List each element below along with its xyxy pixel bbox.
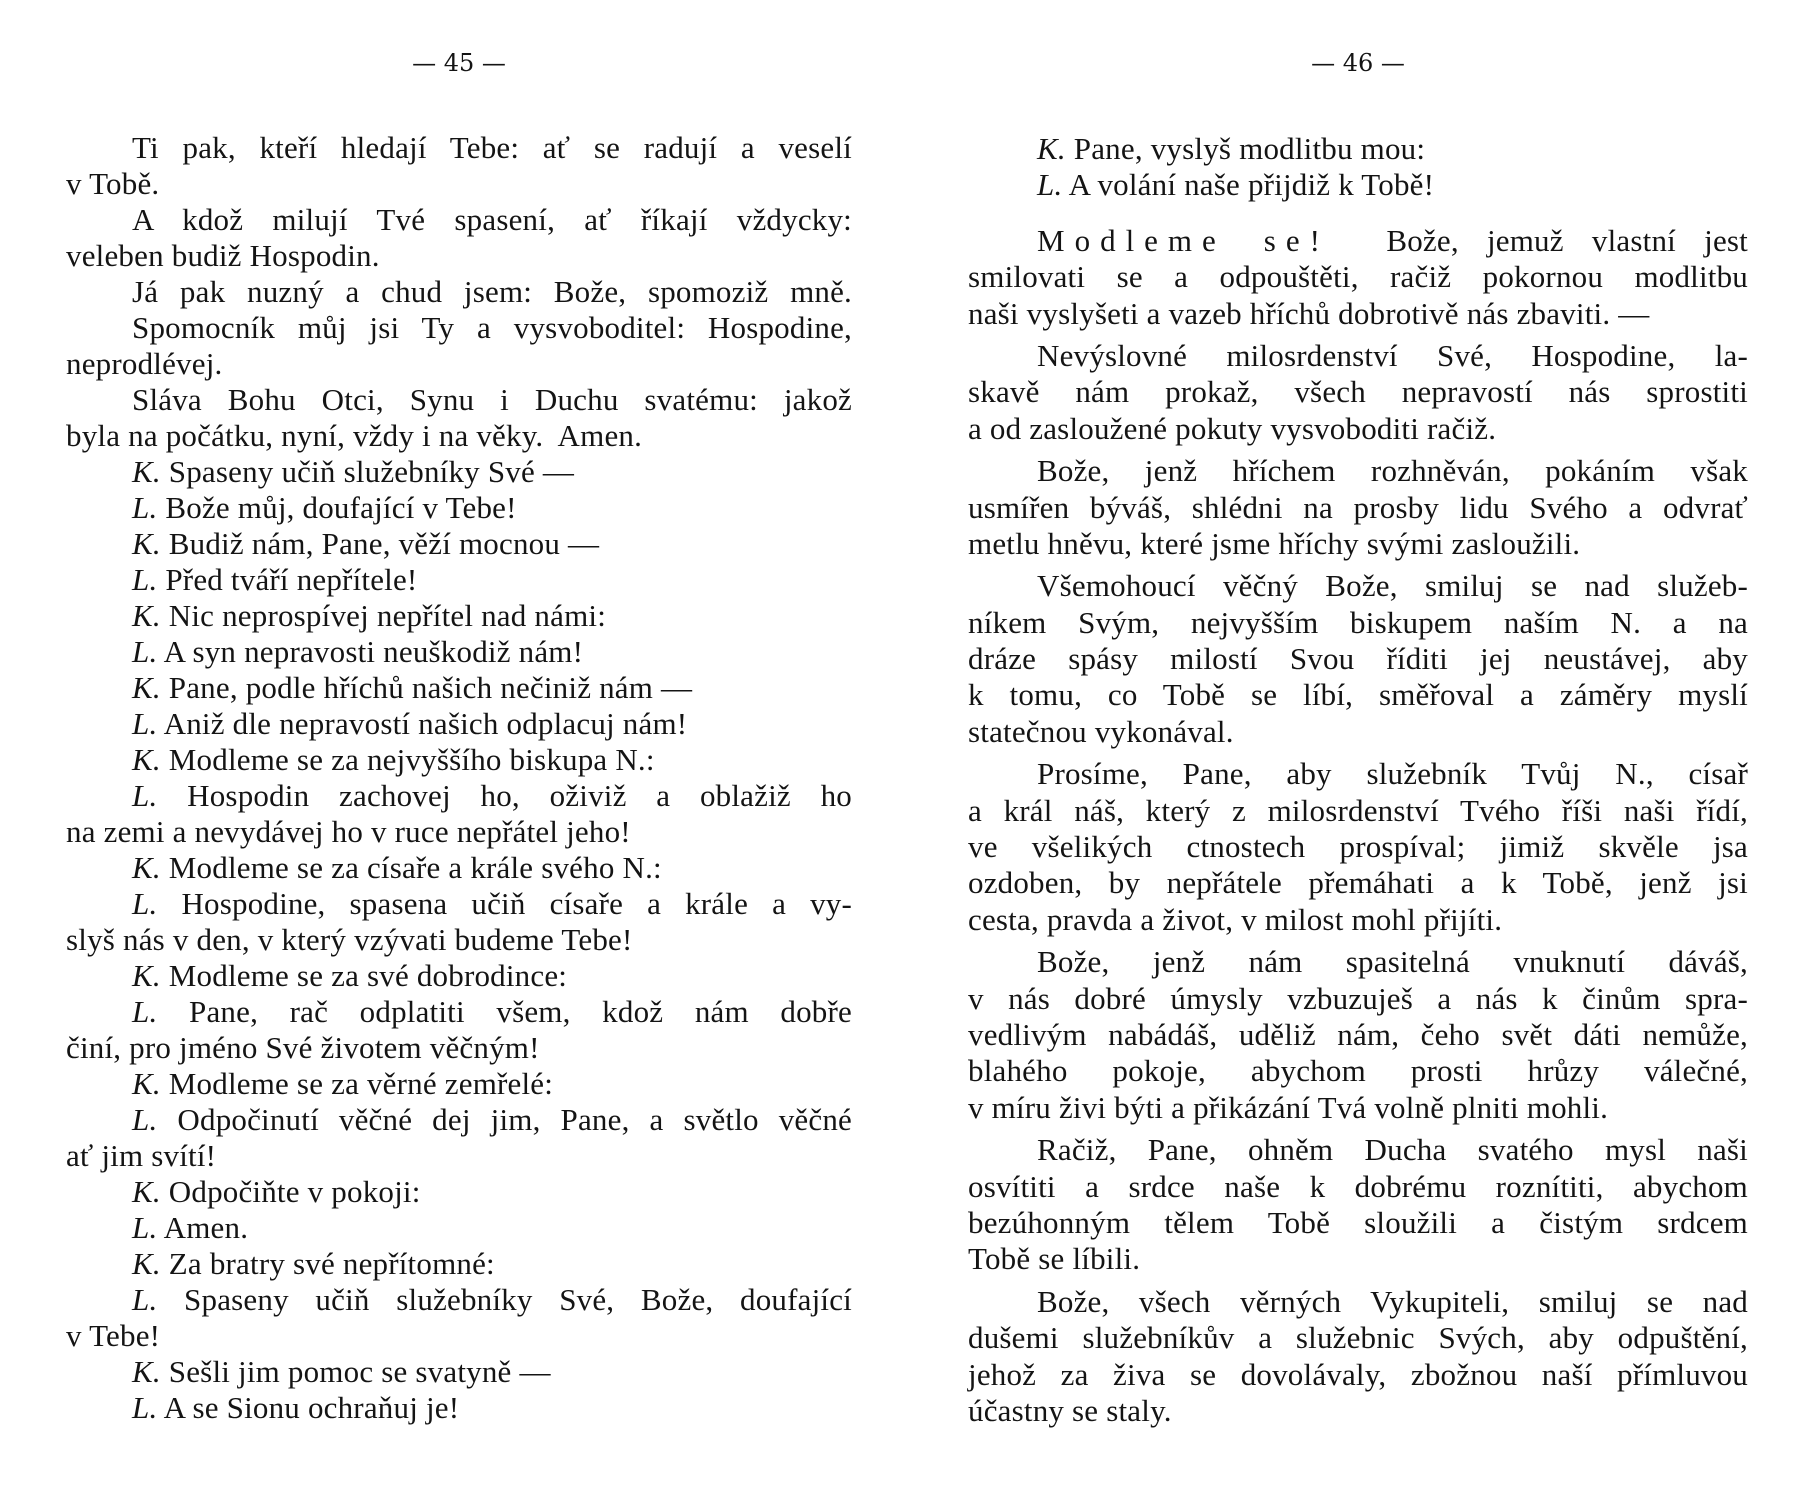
versicle-line: K. Modleme se za nejvyššího biskupa N.: (66, 742, 852, 778)
versicle-line: K. Odpočiňte v pokoji: (66, 1174, 852, 1210)
text-line: skavě nám prokaž, všech nepravostí nás s… (968, 374, 1748, 410)
line-text: naši vyslyšeti a vazeb hříchů dobrotivě … (968, 296, 1649, 331)
text-line: v Tebe! (66, 1318, 852, 1354)
text-line: naši vyslyšeti a vazeb hříchů dobrotivě … (968, 296, 1748, 332)
text-line: slyš nás v den, v který vzývati budeme T… (66, 922, 852, 958)
line-text: Odpočiňte v pokoji: (161, 1174, 421, 1209)
response-line: L. Pane, rač odplatiti všem, kdož nám do… (66, 994, 852, 1030)
response-line: L. Bože můj, doufající v Tebe! (66, 490, 852, 526)
text-line: osvítiti a srdce naše k dobrému roznítit… (968, 1169, 1748, 1205)
line-text: činí, pro jméno Své životem věčným! (66, 1030, 540, 1065)
page-body: K. Pane, vyslyš modlitbu mou:L. A volání… (968, 131, 1748, 1429)
speaker-label: K. (132, 1354, 161, 1389)
speaker-label: K. (132, 1246, 161, 1281)
line-text: a král náš, který z milosrdenství Tvého … (968, 793, 1748, 828)
line-text: Prosíme, Pane, aby služebník Tvůj N., cí… (1037, 756, 1748, 791)
prayer-paragraph: Bože, jenž hříchem rozhněván, pokáním vš… (968, 453, 1748, 562)
speaker-label: L. (132, 1210, 157, 1245)
line-text: metlu hněvu, které jsme hříchy svými zas… (968, 526, 1580, 561)
line-text: A syn nepravosti neuškodiž nám! (157, 634, 583, 669)
line-text: ať jim svítí! (66, 1138, 216, 1173)
text-line: Bože, jenž nám spasitelná vnuknutí dáváš… (968, 944, 1748, 980)
paragraph-gap (968, 204, 1748, 223)
line-text: Spomocník můj jsi Ty a vysvoboditel: Hos… (132, 310, 852, 345)
speaker-label: K. (132, 454, 161, 489)
speaker-label: K. (132, 670, 161, 705)
text-line: Všemohoucí věčný Bože, smiluj se nad slu… (968, 568, 1748, 604)
text-line: cesta, pravda a život, v milost mohl při… (968, 902, 1748, 938)
text-line: ať jim svítí! (66, 1138, 852, 1174)
line-text: níkem Svým, nejvyšším biskupem naším N. … (968, 605, 1748, 640)
text-line: Ti pak, kteří hledají Tebe: ať se radují… (66, 130, 852, 166)
page-number: — 45 — (66, 48, 852, 78)
line-text: statečnou vykonával. (968, 714, 1234, 749)
speaker-label: K. (132, 742, 161, 777)
text-line: smilovati se a odpouštěti, račiž pokorno… (968, 259, 1748, 295)
speaker-label: K. (132, 850, 161, 885)
text-line: dráze spásy milostí Svou říditi jej neus… (968, 641, 1748, 677)
line-text: blahého pokoje, abychom prosti hrůzy vál… (968, 1053, 1748, 1088)
response-line: L. Hospodine, spasena učiň císaře a král… (66, 886, 852, 922)
line-text: k tomu, co Tobě se líbí, směřoval a zámě… (968, 677, 1748, 712)
line-text: Nevýslovné milosrdenství Své, Hospodine,… (1037, 338, 1748, 373)
line-text: neprodlévej. (66, 346, 222, 381)
text-line: Račiž, Pane, ohněm Ducha svatého mysl na… (968, 1132, 1748, 1168)
page-46: — 46 — K. Pane, vyslyš modlitbu mou:L. A… (968, 0, 1748, 1500)
line-text: A kdož milují Tvé spasení, ať říkají vžd… (132, 202, 852, 237)
response-line: L. Před tváří nepřítele! (66, 562, 852, 598)
response-line: L. A se Sionu ochraňuj je! (66, 1390, 852, 1426)
line-text: smilovati se a odpouštěti, račiž pokorno… (968, 259, 1748, 294)
page-body: Ti pak, kteří hledají Tebe: ať se radují… (66, 130, 852, 1426)
text-line: účastny se staly. (968, 1393, 1748, 1429)
prayer-paragraph: Prosíme, Pane, aby služebník Tvůj N., cí… (968, 756, 1748, 938)
line-text: Bože, všech věrných Vykupiteli, smiluj s… (1037, 1284, 1748, 1319)
text-line: ve všelikých ctnostech prospíval; jimiž … (968, 829, 1748, 865)
line-text: Modleme se za nejvyššího biskupa N.: (161, 742, 655, 777)
line-text: ozdoben, by nepřátele přemáhati a k Tobě… (968, 865, 1748, 900)
text-line: Prosíme, Pane, aby služebník Tvůj N., cí… (968, 756, 1748, 792)
line-text: Pane, rač odplatiti všem, kdož nám dobře (157, 994, 852, 1029)
speaker-label: K. (1037, 131, 1066, 166)
text-line: k tomu, co Tobě se líbí, směřoval a zámě… (968, 677, 1748, 713)
text-line: Modleme se! Bože, jemuž vlastní jest (968, 223, 1748, 259)
text-line: níkem Svým, nejvyšším biskupem naším N. … (968, 605, 1748, 641)
line-text: v nás dobré úmysly vzbuzuješ a nás k čin… (968, 981, 1748, 1016)
versicle-line: K. Pane, podle hříchů našich nečiniž nám… (66, 670, 852, 706)
line-text: skavě nám prokaž, všech nepravostí nás s… (968, 374, 1748, 409)
response-line: L. Aniž dle nepravostí našich odplacuj n… (66, 706, 852, 742)
response-line: L. Spaseny učiň služebníky Své, Bože, do… (66, 1282, 852, 1318)
line-text: Spaseny učiň služebníky Své, Bože, doufa… (157, 1282, 852, 1317)
versicle-line: K. Sešli jim pomoc se svatyně — (66, 1354, 852, 1390)
speaker-label: L. (132, 1282, 157, 1317)
page-number: — 46 — (968, 48, 1748, 78)
versicle-block: K. Pane, vyslyš modlitbu mou:L. A volání… (968, 131, 1748, 204)
line-text: Pane, podle hříchů našich nečiniž nám — (161, 670, 692, 705)
text-line: Nevýslovné milosrdenství Své, Hospodine,… (968, 338, 1748, 374)
prayer-paragraph: Nevýslovné milosrdenství Své, Hospodine,… (968, 338, 1748, 447)
versicle-line: K. Nic neprospívej nepřítel nad námi: (66, 598, 852, 634)
line-text: účastny se staly. (968, 1393, 1172, 1428)
text-line: A kdož milují Tvé spasení, ať říkají vžd… (66, 202, 852, 238)
text-line: statečnou vykonával. (968, 714, 1748, 750)
line-text: A se Sionu ochraňuj je! (157, 1390, 459, 1425)
line-text: Hospodine, spasena učiň císaře a krále a… (157, 886, 852, 921)
line-text: Sešli jim pomoc se svatyně — (161, 1354, 551, 1389)
line-text: Modleme se za císaře a krále svého N.: (161, 850, 662, 885)
speaker-label: L. (132, 994, 157, 1029)
text-line: bezúhonným tělem Tobě sloužili a čistým … (968, 1205, 1748, 1241)
line-text: Všemohoucí věčný Bože, smiluj se nad slu… (1037, 568, 1748, 603)
text-line: a od zasloužené pokuty vysvoboditi račiž… (968, 411, 1748, 447)
speaker-label: K. (132, 1066, 161, 1101)
line-text: Spaseny učiň služebníky Své — (161, 454, 574, 489)
text-line: Sláva Bohu Otci, Synu i Duchu svatému: j… (66, 382, 852, 418)
versicle-line: K. Modleme se za císaře a krále svého N.… (66, 850, 852, 886)
line-text: Bože, jenž nám spasitelná vnuknutí dáváš… (1037, 944, 1748, 979)
prayer-paragraph: Račiž, Pane, ohněm Ducha svatého mysl na… (968, 1132, 1748, 1278)
text-line: Bože, jenž hříchem rozhněván, pokáním vš… (968, 453, 1748, 489)
line-text: dráze spásy milostí Svou říditi jej neus… (968, 641, 1748, 676)
line-text: jehož za živa se dovolávaly, zbožnou naš… (968, 1357, 1748, 1392)
line-text: Za bratry své nepřítomné: (161, 1246, 495, 1281)
text-line: vedlivým nabádáš, uděliž nám, čeho svět … (968, 1017, 1748, 1053)
line-text: vedlivým nabádáš, uděliž nám, čeho svět … (968, 1017, 1748, 1052)
line-text: Modleme se za věrné zemřelé: (161, 1066, 553, 1101)
versicle-line: K. Za bratry své nepřítomné: (66, 1246, 852, 1282)
line-text: Bože můj, doufající v Tebe! (157, 490, 516, 525)
line-text: Bože, jenž hříchem rozhněván, pokáním vš… (1037, 453, 1748, 488)
speaker-label: K. (132, 598, 161, 633)
speaker-label: L. (1037, 167, 1062, 202)
text-line: činí, pro jméno Své životem věčným! (66, 1030, 852, 1066)
line-text: Sláva Bohu Otci, Synu i Duchu svatému: j… (132, 382, 852, 417)
versicle-line: K. Budiž nám, Pane, věží mocnou — (66, 526, 852, 562)
speaker-label: K. (132, 958, 161, 993)
line-text: bezúhonným tělem Tobě sloužili a čistým … (968, 1205, 1748, 1240)
text-line: na zemi a nevydávej ho v ruce nepřátel j… (66, 814, 852, 850)
text-line: byla na počátku, nyní, vždy i na věky. A… (66, 418, 852, 454)
text-line: a král náš, který z milosrdenství Tvého … (968, 793, 1748, 829)
prayer-paragraph: Všemohoucí věčný Bože, smiluj se nad slu… (968, 568, 1748, 750)
line-text: cesta, pravda a život, v milost mohl při… (968, 902, 1502, 937)
speaker-label: L. (132, 562, 157, 597)
line-text: veleben budiž Hospodin. (66, 238, 380, 273)
speaker-label: K. (132, 1174, 161, 1209)
line-text: Nic neprospívej nepřítel nad námi: (161, 598, 606, 633)
text-line: veleben budiž Hospodin. (66, 238, 852, 274)
page-45: — 45 — Ti pak, kteří hledají Tebe: ať se… (66, 0, 852, 1500)
speaker-label: L. (132, 886, 157, 921)
line-text: Amen. (157, 1210, 248, 1245)
line-text: Ti pak, kteří hledají Tebe: ať se radují… (132, 130, 852, 165)
versicle-line: K. Modleme se za své dobrodince: (66, 958, 852, 994)
speaker-label: L. (132, 1390, 157, 1425)
line-text: v Tobě. (66, 166, 159, 201)
speaker-label: K. (132, 526, 161, 561)
line-text: A volání naše přijdiž k Tobě! (1062, 167, 1434, 202)
text-line: blahého pokoje, abychom prosti hrůzy vál… (968, 1053, 1748, 1089)
text-line: Tobě se líbili. (968, 1241, 1748, 1277)
versicle-line: K. Spaseny učiň služebníky Své — (66, 454, 852, 490)
line-text: Bože, jemuž vlastní jest (1330, 223, 1748, 258)
text-line: neprodlévej. (66, 346, 852, 382)
line-text: Aniž dle nepravostí našich odplacuj nám! (157, 706, 687, 741)
line-text: Já pak nuzný a chud jsem: Bože, spomoziž… (132, 274, 852, 309)
speaker-label: L. (132, 490, 157, 525)
speaker-label: L. (132, 706, 157, 741)
speaker-label: L. (132, 1102, 157, 1137)
text-line: usmířen býváš, shlédni na prosby lidu Sv… (968, 490, 1748, 526)
line-text: v míru živi býti a přikázání Tvá volně p… (968, 1090, 1608, 1125)
prayer-paragraph: Bože, jenž nám spasitelná vnuknutí dáváš… (968, 944, 1748, 1126)
text-line: ozdoben, by nepřátele přemáhati a k Tobě… (968, 865, 1748, 901)
line-text: Odpočinutí věčné dej jim, Pane, a světlo… (157, 1102, 852, 1137)
speaker-label: L. (132, 778, 157, 813)
text-line: Spomocník můj jsi Ty a vysvoboditel: Hos… (66, 310, 852, 346)
line-text: Račiž, Pane, ohněm Ducha svatého mysl na… (1037, 1132, 1748, 1167)
prayer-paragraph: Modleme se! Bože, jemuž vlastní jestsmil… (968, 223, 1748, 332)
line-text: slyš nás v den, v který vzývati budeme T… (66, 922, 633, 957)
text-line: v nás dobré úmysly vzbuzuješ a nás k čin… (968, 981, 1748, 1017)
text-line: jehož za živa se dovolávaly, zbožnou naš… (968, 1357, 1748, 1393)
text-line: Bože, všech věrných Vykupiteli, smiluj s… (968, 1284, 1748, 1320)
speaker-label: L. (132, 634, 157, 669)
line-text: a od zasloužené pokuty vysvoboditi račiž… (968, 411, 1496, 446)
line-text: Tobě se líbili. (968, 1241, 1140, 1276)
versicle-line: K. Pane, vyslyš modlitbu mou: (968, 131, 1748, 167)
line-text: v Tebe! (66, 1318, 160, 1353)
spaced-heading: Modleme se! (1037, 223, 1330, 258)
response-line: L. A volání naše přijdiž k Tobě! (968, 167, 1748, 203)
line-text: Budiž nám, Pane, věží mocnou — (161, 526, 599, 561)
line-text: ve všelikých ctnostech prospíval; jimiž … (968, 829, 1748, 864)
prayer-paragraph: Bože, všech věrných Vykupiteli, smiluj s… (968, 1284, 1748, 1430)
line-text: usmířen býváš, shlédni na prosby lidu Sv… (968, 490, 1748, 525)
line-text: na zemi a nevydávej ho v ruce nepřátel j… (66, 814, 631, 849)
line-text: Pane, vyslyš modlitbu mou: (1066, 131, 1425, 166)
response-line: L. Amen. (66, 1210, 852, 1246)
text-line: v Tobě. (66, 166, 852, 202)
text-line: v míru živi býti a přikázání Tvá volně p… (968, 1090, 1748, 1126)
line-text: byla na počátku, nyní, vždy i na věky. A… (66, 418, 642, 453)
text-line: dušemi služebníkův a služebnic Svých, ab… (968, 1320, 1748, 1356)
text-line: Já pak nuzný a chud jsem: Bože, spomoziž… (66, 274, 852, 310)
versicle-line: K. Modleme se za věrné zemřelé: (66, 1066, 852, 1102)
line-text: Před tváří nepřítele! (157, 562, 417, 597)
line-text: dušemi služebníkův a služebnic Svých, ab… (968, 1320, 1748, 1355)
response-line: L. A syn nepravosti neuškodiž nám! (66, 634, 852, 670)
line-text: Hospodin zachovej ho, oživiž a oblažiž h… (157, 778, 852, 813)
line-text: osvítiti a srdce naše k dobrému roznítit… (968, 1169, 1748, 1204)
response-line: L. Hospodin zachovej ho, oživiž a oblaži… (66, 778, 852, 814)
line-text: Modleme se za své dobrodince: (161, 958, 567, 993)
text-line: metlu hněvu, které jsme hříchy svými zas… (968, 526, 1748, 562)
response-line: L. Odpočinutí věčné dej jim, Pane, a svě… (66, 1102, 852, 1138)
